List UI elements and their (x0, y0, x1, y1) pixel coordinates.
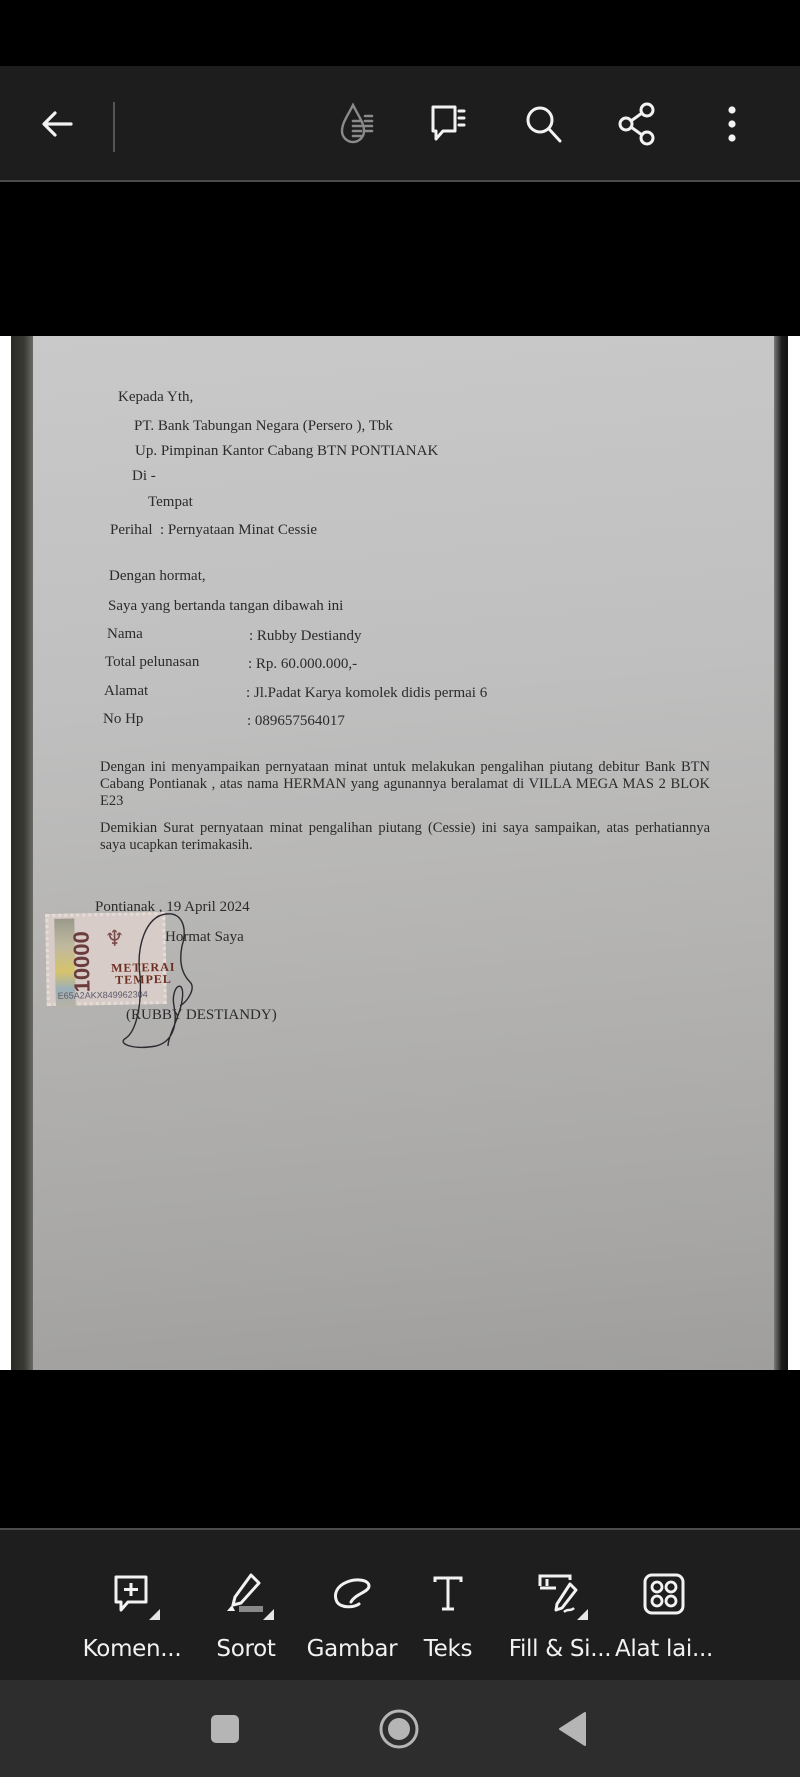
tool-label: Gambar (307, 1636, 398, 1662)
field-label-phone: No Hp (103, 711, 143, 728)
letter-content: Kepada Yth, PT. Bank Tabungan Negara (Pe… (11, 336, 788, 1370)
field-label-total: Total pelunasan (105, 654, 199, 671)
home-circle-icon (377, 1707, 421, 1751)
recipient-salutation: Kepada Yth, (118, 389, 193, 406)
comment-list-icon (425, 99, 475, 149)
top-toolbar (0, 66, 800, 182)
body-paragraph-2: Demikian Surat pernyataan minat pengalih… (100, 820, 710, 854)
more-options-button[interactable] (704, 96, 760, 152)
tool-comment[interactable]: Komen... (72, 1530, 192, 1680)
field-value-name: : Rubby Destiandy (249, 628, 362, 645)
back-triangle-icon (557, 1711, 589, 1747)
stamp-serial: E65A2AKX849962304 (58, 989, 148, 1001)
duty-stamp: 10000 ♆ METERAI TEMPEL E65A2AKX849962304 (45, 912, 167, 1006)
closing: Hormat Saya (165, 929, 244, 946)
tool-label: Alat lai... (615, 1636, 713, 1662)
back-button[interactable] (29, 96, 85, 152)
tool-more-tools[interactable]: Alat lai... (604, 1530, 724, 1680)
more-vertical-icon (722, 102, 742, 146)
recents-button[interactable] (200, 1704, 250, 1754)
tool-label: Sorot (216, 1636, 275, 1662)
document-viewer[interactable]: Kepada Yth, PT. Bank Tabungan Negara (Pe… (0, 184, 800, 1530)
share-button[interactable] (610, 96, 666, 152)
stamp-value: 10000 (68, 926, 99, 997)
tool-label: Komen... (83, 1636, 182, 1662)
body-paragraph-1: Dengan ini menyampaikan pernyataan minat… (100, 759, 710, 810)
tool-text[interactable]: Teks (408, 1530, 488, 1680)
field-value-phone: : 089657564017 (247, 713, 345, 730)
page-gutter-right (788, 336, 800, 1370)
tool-highlight[interactable]: Sorot (196, 1530, 296, 1680)
intro-text: Saya yang bertanda tangan dibawah ini (108, 598, 343, 615)
add-comment-icon (110, 1572, 154, 1616)
arrow-left-icon (37, 104, 77, 144)
tool-label: Teks (424, 1636, 472, 1662)
field-label-name: Nama (107, 626, 143, 643)
subject-text: : Pernyataan Minat Cessie (160, 522, 317, 538)
field-value-address: : Jl.Padat Karya komolek didis permai 6 (246, 685, 487, 702)
recipient-place: Tempat (148, 494, 193, 511)
submenu-indicator-icon (263, 1609, 274, 1620)
recents-square-icon (209, 1713, 241, 1745)
system-nav-bar (0, 1680, 800, 1777)
tool-draw[interactable]: Gambar (300, 1530, 404, 1680)
search-button[interactable] (516, 96, 572, 152)
submenu-indicator-icon (149, 1609, 160, 1620)
comments-list-button[interactable] (422, 96, 478, 152)
search-icon (521, 101, 567, 147)
recipient-at: Di - (132, 468, 156, 485)
greeting: Dengan hormat, (109, 568, 206, 585)
subject-line: Perihal : Pernyataan Minat Cessie (110, 522, 317, 539)
subject-label: Perihal (110, 522, 153, 538)
signatory-name: (RUBBY DESTIANDY) (126, 1007, 277, 1024)
tool-label: Fill & Si... (509, 1636, 612, 1662)
bottom-toolbar: Komen... Sorot Gambar Teks (0, 1528, 800, 1680)
liquid-mode-icon (333, 99, 383, 149)
garuda-emblem-icon: ♆ (100, 926, 128, 954)
nav-back-button[interactable] (548, 1704, 598, 1754)
field-label-address: Alamat (104, 683, 148, 700)
submenu-indicator-icon (577, 1609, 588, 1620)
more-tools-grid-icon (642, 1572, 686, 1616)
text-icon (428, 1574, 468, 1614)
document-page[interactable]: Kepada Yth, PT. Bank Tabungan Negara (Pe… (11, 336, 788, 1370)
stamp-label: METERAI TEMPEL (111, 961, 176, 986)
home-button[interactable] (374, 1704, 424, 1754)
freehand-draw-icon (329, 1574, 375, 1614)
recipient-attention: Up. Pimpinan Kantor Cabang BTN PONTIANAK (135, 443, 438, 460)
status-bar (0, 0, 800, 66)
recipient-company: PT. Bank Tabungan Negara (Persero ), Tbk (134, 418, 393, 435)
liquid-mode-button[interactable] (330, 96, 386, 152)
field-value-total: : Rp. 60.000.000,- (248, 656, 357, 673)
share-icon (614, 100, 662, 148)
toolbar-divider (113, 102, 115, 152)
page-gutter-left (0, 336, 11, 1370)
